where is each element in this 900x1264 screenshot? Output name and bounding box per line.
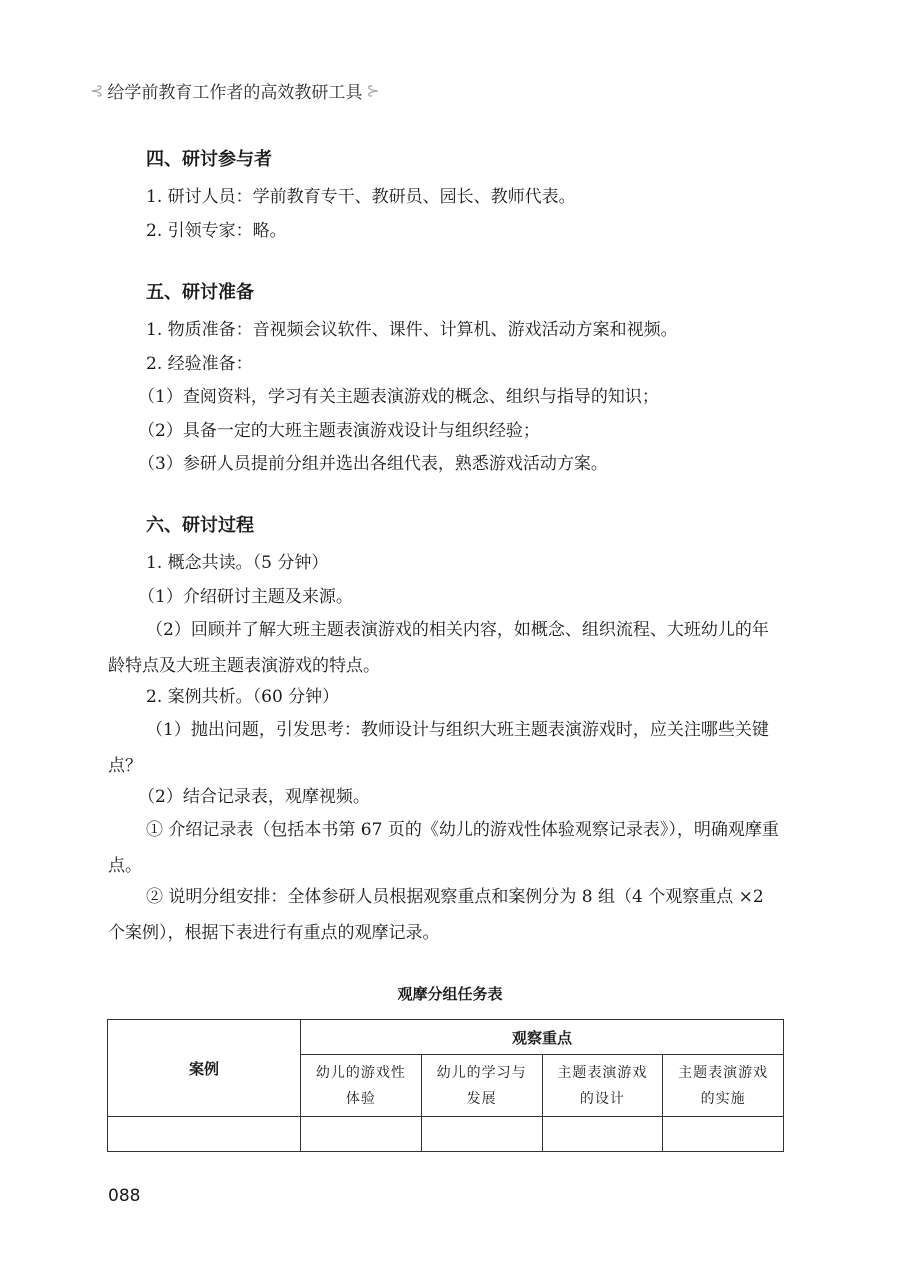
observation-group-table: 案例 观察重点 幼儿的游戏性体验 幼儿的学习与发展 主题表演游戏的设计 主题表演… [107, 1019, 784, 1152]
participants-item-1: 1. 研讨人员：学前教育专干、教研员、园长、教师代表。 [146, 187, 576, 207]
header-observation-focus: 观察重点 [301, 1020, 784, 1055]
section-heading-participants: 四、研讨参与者 [146, 145, 272, 171]
sub-header-1: 幼儿的游戏性体验 [301, 1055, 422, 1117]
table-cell [108, 1117, 301, 1152]
process-p2: （1）介绍研讨主题及来源。 [138, 587, 353, 607]
running-head-title: 给学前教育工作者的高效教研工具 [107, 78, 362, 103]
process-p8: ② 说明分组安排：全体参研人员根据观察重点和案例分为 8 组（4 个观察重点 ×… [108, 879, 784, 951]
preparation-item-2: 2. 经验准备： [146, 354, 253, 374]
process-p7: ① 介绍记录表（包括本书第 67 页的《幼儿的游戏性体验观察记录表》），明确观摩… [108, 812, 784, 884]
ornament-right-icon: ⊱ [366, 81, 379, 100]
table-row [108, 1117, 784, 1152]
table-cell [421, 1117, 542, 1152]
preparation-item-3: （1）查阅资料，学习有关主题表演游戏的概念、组织与指导的知识； [138, 387, 659, 407]
section-heading-process: 六、研讨过程 [146, 511, 254, 537]
ornament-left-icon: ⊰ [90, 81, 103, 100]
table-cell [663, 1117, 784, 1152]
table-cell [542, 1117, 663, 1152]
process-p5: （1）抛出问题，引发思考：教师设计与组织大班主题表演游戏时，应关注哪些关键点？ [108, 712, 784, 784]
table-cell [301, 1117, 422, 1152]
sub-header-4: 主题表演游戏的实施 [663, 1055, 784, 1117]
process-p4: 2. 案例共析。（60 分钟） [146, 687, 339, 707]
page-number: 088 [108, 1186, 140, 1206]
sub-header-2: 幼儿的学习与发展 [421, 1055, 542, 1117]
preparation-item-4: （2）具备一定的大班主题表演游戏设计与组织经验； [138, 421, 540, 441]
process-p3: （2）回顾并了解大班主题表演游戏的相关内容，如概念、组织流程、大班幼儿的年龄特点… [108, 612, 784, 684]
preparation-item-1: 1. 物质准备：音视频会议软件、课件、计算机、游戏活动方案和视频。 [146, 320, 678, 340]
sub-header-3: 主题表演游戏的设计 [542, 1055, 663, 1117]
preparation-item-5: （3）参研人员提前分组并选出各组代表，熟悉游戏活动方案。 [138, 454, 608, 474]
section-heading-preparation: 五、研讨准备 [146, 278, 254, 304]
process-p1: 1. 概念共读。（5 分钟） [146, 553, 328, 573]
running-head: ⊰ 给学前教育工作者的高效教研工具 ⊱ [86, 78, 384, 102]
process-p6: （2）结合记录表，观摩视频。 [138, 787, 370, 807]
participants-item-2: 2. 引领专家：略。 [146, 221, 287, 241]
header-case: 案例 [108, 1020, 301, 1117]
table-title: 观摩分组任务表 [0, 983, 900, 1004]
